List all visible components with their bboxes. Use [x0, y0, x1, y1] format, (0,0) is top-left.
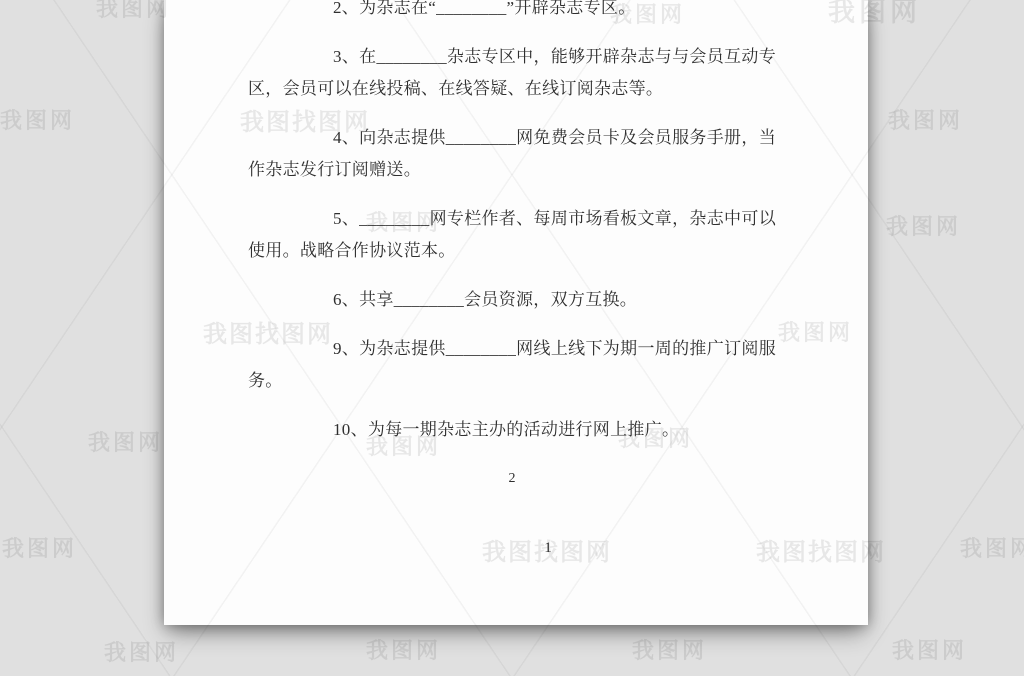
watermark-text: 我图网	[960, 532, 1024, 563]
footer-page-number: 1	[536, 534, 560, 562]
contract-clause: 6、共享________会员资源，双方互换。	[248, 284, 776, 316]
page-number: 2	[248, 463, 776, 495]
contract-clause: 3、在________杂志专区中，能够开辟杂志与与会员互动专区，会员可以在线投稿…	[248, 41, 776, 105]
contract-clause: 4、向杂志提供________网免费会员卡及会员服务手册，当作杂志发行订阅赠送。	[248, 122, 776, 186]
watermark-text: 我图网	[0, 104, 75, 135]
watermark-text: 我图网	[2, 532, 77, 563]
watermark-text: 我图网	[892, 634, 967, 665]
watermark-text: 我图网	[632, 634, 707, 665]
contract-clause: 5、________网专栏作者、每周市场看板文章，杂志中可以使用。战略合作协议范…	[248, 203, 776, 267]
watermark-text: 我图网	[88, 426, 163, 457]
contract-clause: 2、为杂志在“________”开辟杂志专区。	[248, 0, 776, 24]
document-preview-canvas: 2、为杂志在“________”开辟杂志专区。 3、在________杂志专区中…	[0, 0, 1024, 676]
document-page: 2、为杂志在“________”开辟杂志专区。 3、在________杂志专区中…	[164, 0, 868, 625]
watermark-text: 我图网	[366, 634, 441, 665]
watermark-text: 我图网	[888, 104, 963, 135]
contract-clause: 10、为每一期杂志主办的活动进行网上推广。	[248, 414, 776, 446]
watermark-text: 我图网	[886, 210, 961, 241]
contract-clause: 9、为杂志提供________网线上线下为期一周的推广订阅服务。	[248, 333, 776, 397]
watermark-text: 我图网	[104, 636, 179, 667]
watermark-text: 我图网	[96, 0, 171, 23]
page-content: 2、为杂志在“________”开辟杂志专区。 3、在________杂志专区中…	[164, 0, 868, 495]
